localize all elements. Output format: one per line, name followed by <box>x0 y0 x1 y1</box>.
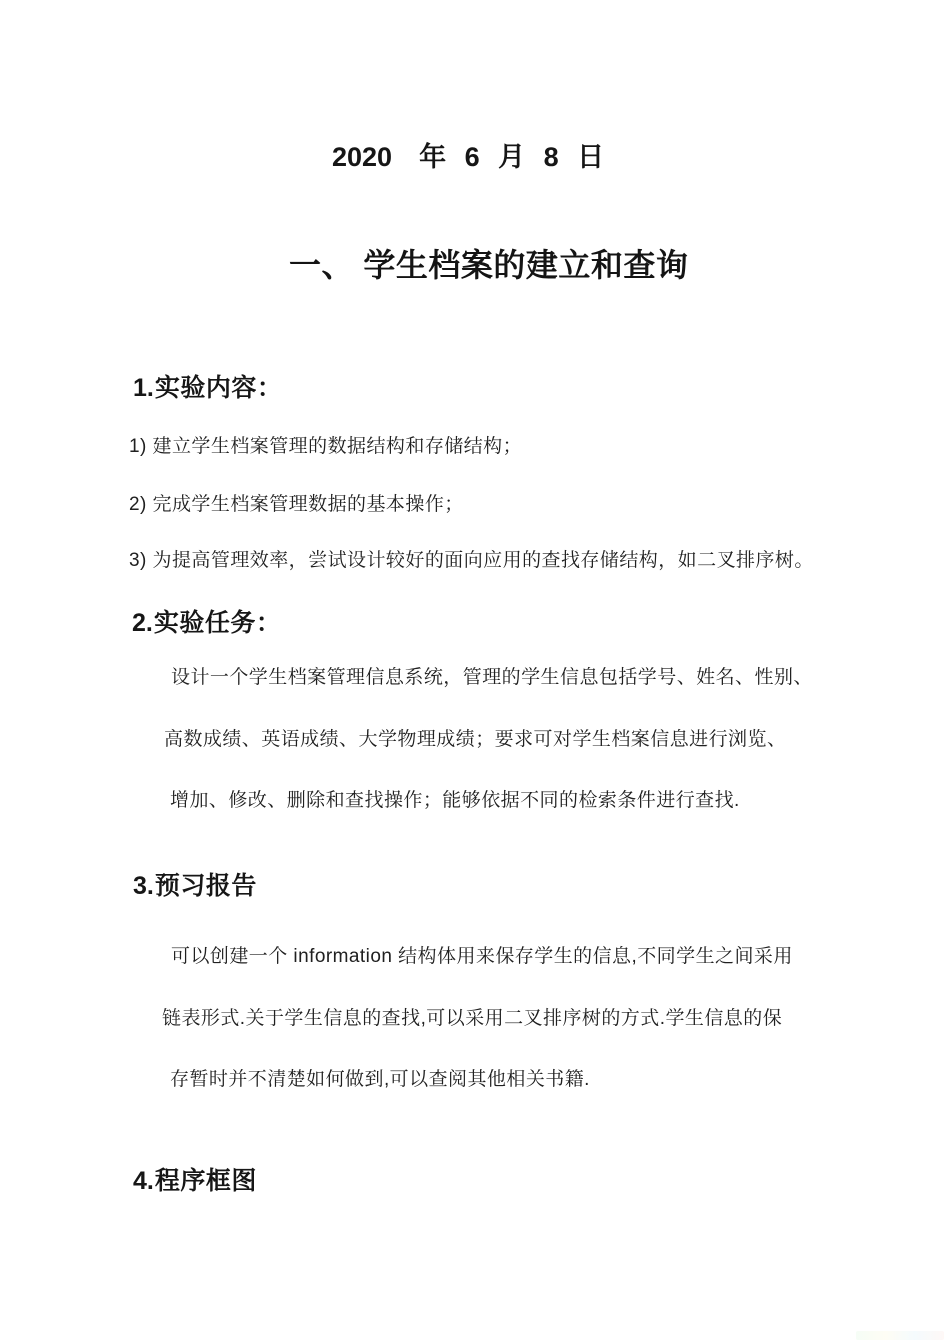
section-1-title: 实验内容： <box>155 374 283 402</box>
section-3-heading: 3.预习报告 <box>133 866 257 902</box>
section-3-paragraph-line-3: 存暂时并不清楚如何做到,可以查阅其他相关书籍. <box>170 1069 590 1091</box>
document-page: 2020年 6 月 8 日 一、 学生档案的建立和查询 1.实验内容： 1) 建… <box>0 0 950 1344</box>
section-1-number: 1. <box>133 374 155 402</box>
section-4-title: 程序框图 <box>155 1167 257 1195</box>
section-4-number: 4. <box>133 1167 155 1195</box>
section-3-paragraph-line-1: 可以创建一个 information 结构体用来保存学生的信息,不同学生之间采用 <box>171 946 793 968</box>
section-1-item-1: 1) 建立学生档案管理的数据结构和存储结构； <box>129 436 522 458</box>
section-1-heading: 1.实验内容： <box>133 368 282 404</box>
section-2-paragraph-line-3: 增加、修改、删除和查找操作；能够依据不同的检索条件进行查找. <box>170 790 740 812</box>
section-3-title: 预习报告 <box>155 872 257 900</box>
section-3-number: 3. <box>133 872 155 900</box>
section-2-paragraph-line-1: 设计一个学生档案管理信息系统，管理的学生信息包括学号、姓名、性别、 <box>171 667 813 689</box>
section-1-item-2: 2) 完成学生档案管理数据的基本操作； <box>129 494 464 516</box>
date-month-day: 年 6 月 8 日 <box>419 142 608 172</box>
document-title: 一、 学生档案的建立和查询 <box>289 240 688 286</box>
date-line: 2020年 6 月 8 日 <box>332 135 608 174</box>
section-3-paragraph-line-2: 链表形式.关于学生信息的查找,可以采用二叉排序树的方式.学生信息的保 <box>162 1008 782 1030</box>
section-2-heading: 2.实验任务： <box>132 603 281 639</box>
section-4-heading: 4.程序框图 <box>133 1161 257 1197</box>
section-2-paragraph-line-2: 高数成绩、英语成绩、大学物理成绩；要求可对学生档案信息进行浏览、 <box>164 729 786 751</box>
section-2-title: 实验任务： <box>154 609 282 637</box>
section-2-number: 2. <box>132 609 154 637</box>
section-1-item-3: 3) 为提高管理效率，尝试设计较好的面向应用的查找存储结构，如二叉排序树。 <box>129 550 814 572</box>
faint-watermark <box>856 1331 944 1340</box>
date-year: 2020 <box>332 142 392 172</box>
